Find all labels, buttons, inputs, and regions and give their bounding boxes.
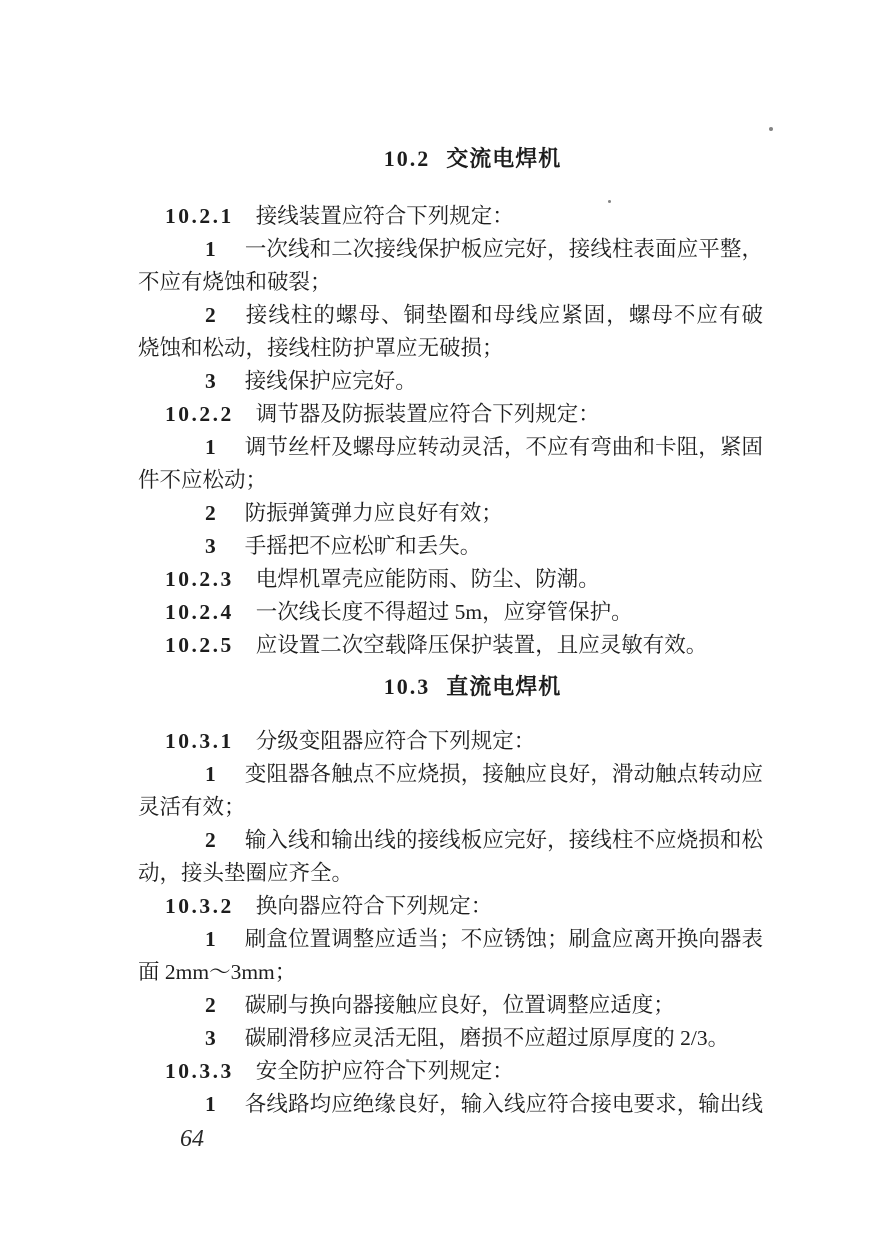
item-line: 面 2mm～3mm；: [138, 956, 763, 989]
clause-line: 10.3.1分级变阻器应符合下列规定：: [138, 725, 763, 758]
clause-text: 电焊机罩壳应能防雨、防尘、防潮。: [256, 567, 600, 591]
item-text: 动，接头垫圈应齐全。: [138, 861, 353, 885]
clause-10-3-3: 10.3.3安全防护应符合下列规定：: [138, 1055, 763, 1088]
clause-10-3-2-item-2: 2碳刷与换向器接触应良好，位置调整应适度；: [138, 989, 763, 1022]
item-number: 2: [138, 303, 245, 327]
item-text: 烧蚀和松动，接线柱防护罩应无破损；: [138, 336, 504, 360]
item-number: 2: [138, 828, 245, 852]
clause-number: 10.3.1: [138, 729, 256, 753]
item-text: 碳刷与换向器接触应良好，位置调整应适度；: [245, 993, 675, 1017]
clause-10-2-1-item-1: 1一次线和二次接线保护板应完好，接线柱表面应平整， 不应有烧蚀和破裂；: [138, 233, 763, 299]
item-text: 不应有烧蚀和破裂；: [138, 270, 332, 294]
section-heading-10-2: 10.2交流电焊机: [160, 142, 785, 175]
item-text: 刷盒位置调整应适当；不应锈蚀；刷盒应离开换向器表: [245, 927, 763, 951]
clause-10-3-1-item-1: 1变阻器各触点不应烧损，接触应良好，滑动触点转动应 灵活有效；: [138, 758, 763, 824]
item-text: 输入线和输出线的接线板应完好，接线柱不应烧损和松: [245, 828, 763, 852]
item-line: 2接线柱的螺母、铜垫圈和母线应紧固，螺母不应有破损、: [138, 299, 763, 332]
clause-line: 10.2.2调节器及防振装置应符合下列规定：: [138, 398, 763, 431]
clause-number: 10.2.2: [138, 402, 256, 426]
clause-10-2-1-item-2: 2接线柱的螺母、铜垫圈和母线应紧固，螺母不应有破损、 烧蚀和松动，接线柱防护罩应…: [138, 299, 763, 365]
section-title: 直流电焊机: [446, 674, 561, 699]
clause-10-2-2-item-2: 2防振弹簧弹力应良好有效；: [138, 497, 763, 530]
item-number: 3: [138, 1026, 245, 1050]
clause-text: 安全防护应符合下列规定：: [256, 1059, 514, 1083]
item-text: 面 2mm～3mm；: [138, 960, 296, 984]
clause-text: 分级变阻器应符合下列规定：: [256, 729, 536, 753]
clause-line: 10.2.3电焊机罩壳应能防雨、防尘、防潮。: [138, 563, 763, 596]
item-number: 1: [138, 1092, 245, 1116]
item-line: 2输入线和输出线的接线板应完好，接线柱不应烧损和松: [138, 824, 763, 857]
clause-number: 10.2.4: [138, 600, 256, 624]
clause-10-3-1: 10.3.1分级变阻器应符合下列规定：: [138, 725, 763, 758]
item-text: 碳刷滑移应灵活无阻，磨损不应超过原厚度的 2/3。: [245, 1026, 729, 1050]
item-text: 防振弹簧弹力应良好有效；: [245, 501, 503, 525]
item-number: 1: [138, 927, 245, 951]
page-number: 64: [180, 1126, 204, 1153]
clause-line: 10.2.4一次线长度不得超过 5m，应穿管保护。: [138, 596, 763, 629]
clause-number: 10.2.5: [138, 633, 256, 657]
item-line: 件不应松动；: [138, 464, 763, 497]
clause-number: 10.2.1: [138, 204, 256, 228]
clause-10-2-1-item-3: 3接线保护应完好。: [138, 365, 763, 398]
item-number: 2: [138, 993, 245, 1017]
clause-line: 10.2.5应设置二次空载降压保护装置，且应灵敏有效。: [138, 629, 763, 662]
item-line: 3碳刷滑移应灵活无阻，磨损不应超过原厚度的 2/3。: [138, 1022, 763, 1055]
item-line: 动，接头垫圈应齐全。: [138, 857, 763, 890]
item-text: 手摇把不应松旷和丢失。: [245, 534, 482, 558]
clause-number: 10.3.3: [138, 1059, 256, 1083]
item-line: 1变阻器各触点不应烧损，接触应良好，滑动触点转动应: [138, 758, 763, 791]
item-text: 调节丝杆及螺母应转动灵活，不应有弯曲和卡阻，紧固: [245, 435, 763, 459]
item-line: 3手摇把不应松旷和丢失。: [138, 530, 763, 563]
scan-speck: [769, 127, 773, 131]
item-line: 不应有烧蚀和破裂；: [138, 266, 763, 299]
clause-text: 应设置二次空载降压保护装置，且应灵敏有效。: [256, 633, 708, 657]
clause-number: 10.2.3: [138, 567, 256, 591]
clause-text: 调节器及防振装置应符合下列规定：: [256, 402, 600, 426]
clause-10-3-2-item-1: 1刷盒位置调整应适当；不应锈蚀；刷盒应离开换向器表 面 2mm～3mm；: [138, 923, 763, 989]
clause-10-2-3: 10.2.3电焊机罩壳应能防雨、防尘、防潮。: [138, 563, 763, 596]
item-text: 各线路均应绝缘良好，输入线应符合接电要求，输出线: [245, 1092, 763, 1116]
clause-text: 接线装置应符合下列规定：: [256, 204, 514, 228]
clause-10-3-1-item-2: 2输入线和输出线的接线板应完好，接线柱不应烧损和松 动，接头垫圈应齐全。: [138, 824, 763, 890]
item-text: 灵活有效；: [138, 795, 246, 819]
clause-10-3-3-item-1: 1各线路均应绝缘良好，输入线应符合接电要求，输出线: [138, 1088, 763, 1121]
clause-10-2-2-item-3: 3手摇把不应松旷和丢失。: [138, 530, 763, 563]
item-line: 3接线保护应完好。: [138, 365, 763, 398]
clause-line: 10.3.3安全防护应符合下列规定：: [138, 1055, 763, 1088]
section-number: 10.3: [384, 674, 431, 699]
clause-10-3-2: 10.3.2换向器应符合下列规定：: [138, 890, 763, 923]
item-number: 3: [138, 534, 245, 558]
section-title: 交流电焊机: [446, 146, 561, 171]
item-number: 2: [138, 501, 245, 525]
item-number: 1: [138, 435, 245, 459]
item-number: 1: [138, 762, 245, 786]
clause-10-2-1: 10.2.1接线装置应符合下列规定：: [138, 200, 763, 233]
item-line: 烧蚀和松动，接线柱防护罩应无破损；: [138, 332, 763, 365]
text-block: 10.2交流电焊机 10.2.1接线装置应符合下列规定： 1一次线和二次接线保护…: [138, 142, 763, 1121]
item-line: 灵活有效；: [138, 791, 763, 824]
clause-10-3-2-item-3: 3碳刷滑移应灵活无阻，磨损不应超过原厚度的 2/3。: [138, 1022, 763, 1055]
section-number: 10.2: [384, 146, 431, 171]
item-line: 1调节丝杆及螺母应转动灵活，不应有弯曲和卡阻，紧固: [138, 431, 763, 464]
clause-line: 10.3.2换向器应符合下列规定：: [138, 890, 763, 923]
item-line: 1一次线和二次接线保护板应完好，接线柱表面应平整，: [138, 233, 763, 266]
item-text: 件不应松动；: [138, 468, 267, 492]
item-line: 2防振弹簧弹力应良好有效；: [138, 497, 763, 530]
clause-10-2-4: 10.2.4一次线长度不得超过 5m，应穿管保护。: [138, 596, 763, 629]
clause-10-2-5: 10.2.5应设置二次空载降压保护装置，且应灵敏有效。: [138, 629, 763, 662]
item-line: 1各线路均应绝缘良好，输入线应符合接电要求，输出线: [138, 1088, 763, 1121]
item-number: 3: [138, 369, 245, 393]
item-line: 2碳刷与换向器接触应良好，位置调整应适度；: [138, 989, 763, 1022]
section-heading-10-3: 10.3直流电焊机: [160, 670, 785, 703]
clause-text: 换向器应符合下列规定：: [256, 894, 493, 918]
item-text: 接线保护应完好。: [245, 369, 417, 393]
clause-line: 10.2.1接线装置应符合下列规定：: [138, 200, 763, 233]
clause-10-2-2-item-1: 1调节丝杆及螺母应转动灵活，不应有弯曲和卡阻，紧固 件不应松动；: [138, 431, 763, 497]
item-text: 一次线和二次接线保护板应完好，接线柱表面应平整，: [245, 237, 763, 261]
clause-10-2-2: 10.2.2调节器及防振装置应符合下列规定：: [138, 398, 763, 431]
item-text: 变阻器各触点不应烧损，接触应良好，滑动触点转动应: [245, 762, 763, 786]
item-number: 1: [138, 237, 245, 261]
clause-text: 一次线长度不得超过 5m，应穿管保护。: [256, 600, 633, 624]
item-line: 1刷盒位置调整应适当；不应锈蚀；刷盒应离开换向器表: [138, 923, 763, 956]
clause-number: 10.3.2: [138, 894, 256, 918]
document-page: 10.2交流电焊机 10.2.1接线装置应符合下列规定： 1一次线和二次接线保护…: [0, 0, 878, 1241]
